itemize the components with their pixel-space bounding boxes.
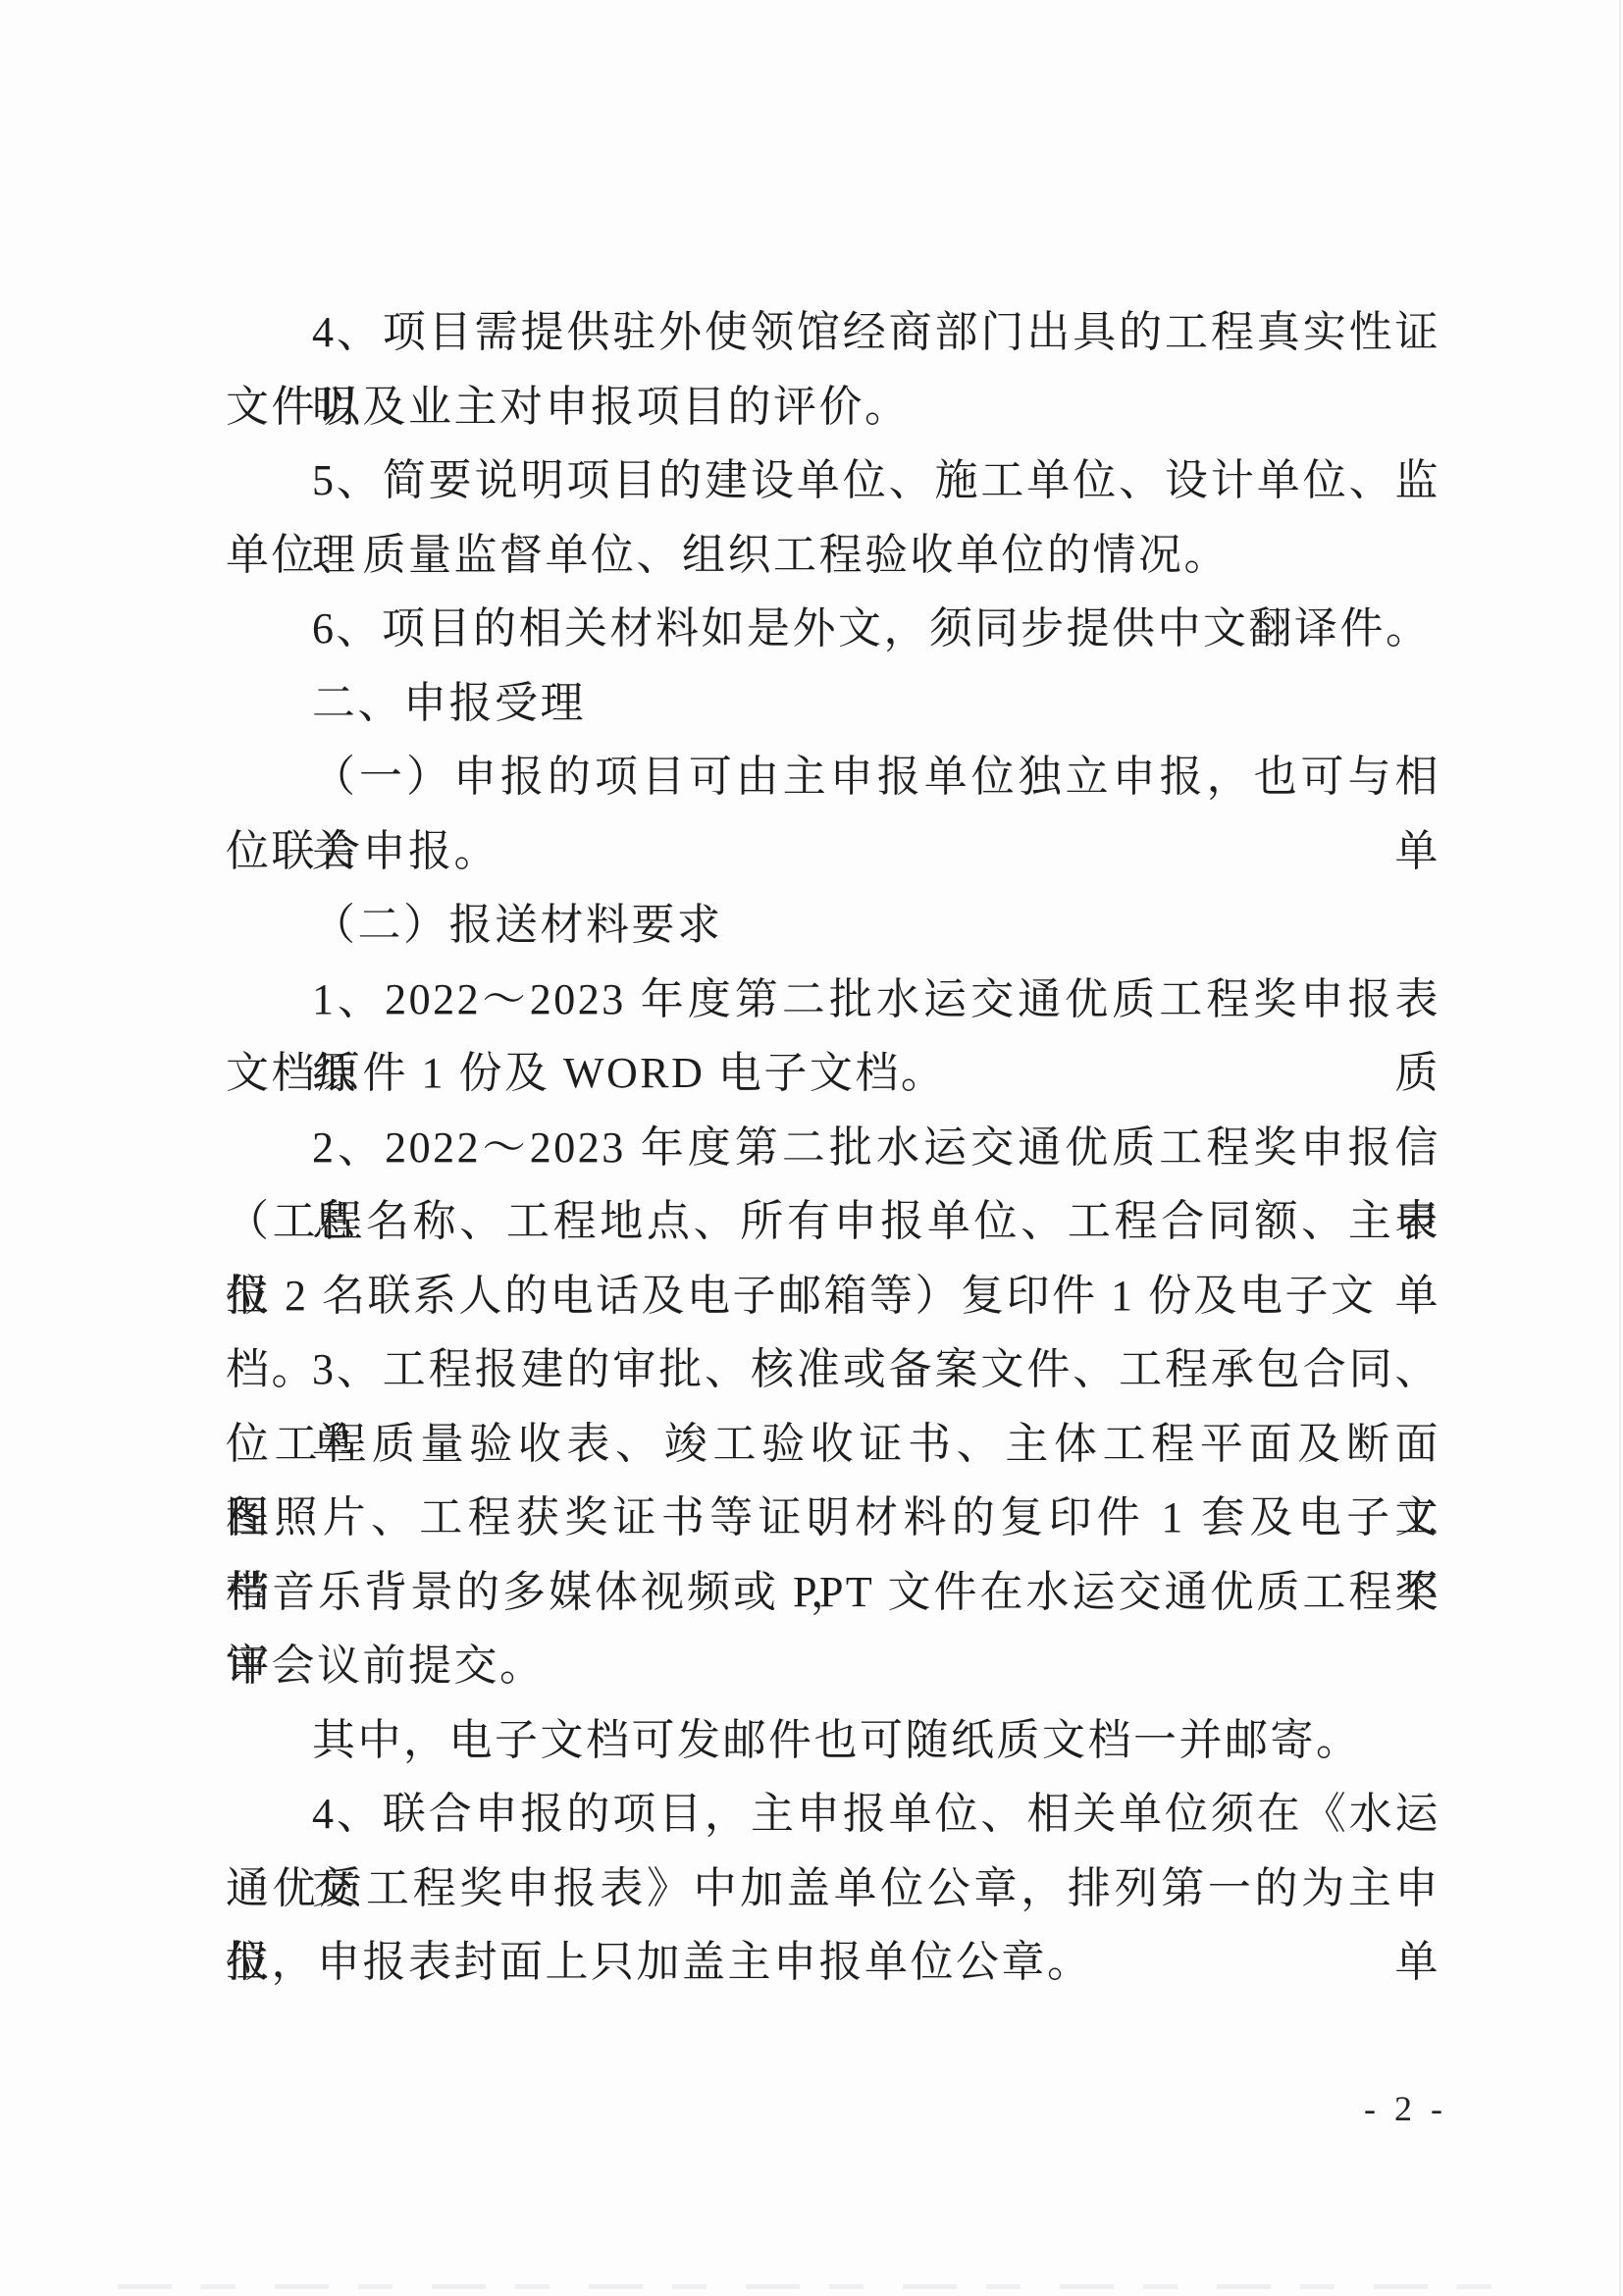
text-line: 4、项目需提供驻外使领馆经商部门出具的工程真实性证明 (226, 295, 1440, 370)
text-line: 文件以及业主对申报项目的评价。 (226, 370, 1440, 444)
text-line: 其中，电子文档可发邮件也可随纸质文档一并邮寄。 (226, 1703, 1440, 1778)
text-line: （工程名称、工程地点、所有申报单位、工程合同额、主申报单 (226, 1184, 1440, 1259)
text-line: 带音乐背景的多媒体视频或 PPT 文件在水运交通优质工程奖评 (226, 1555, 1440, 1630)
page-number: - 2 - (1364, 2088, 1447, 2129)
text-block: 4、项目需提供驻外使领馆经商部门出具的工程真实性证明文件以及业主对申报项目的评价… (226, 295, 1440, 2000)
text-line: （二）报送材料要求 (226, 888, 1440, 963)
text-line: 4、联合申报的项目，主申报单位、相关单位须在《水运交 (226, 1777, 1440, 1852)
scan-artifact-bottom (118, 2284, 1531, 2289)
scan-artifact-right-edge (1619, 0, 1621, 2296)
text-line: 3、工程报建的审批、核准或备案文件、工程承包合同、单 (226, 1332, 1440, 1407)
text-line: 单位、质量监督单位、组织工程验收单位的情况。 (226, 518, 1440, 593)
text-line: 二、申报受理 (226, 666, 1440, 741)
text-line: （一）申报的项目可由主申报单位独立申报，也可与相关单 (226, 740, 1440, 814)
text-line: 程照片、工程获奖证书等证明材料的复印件 1 套及电子文档，不 (226, 1481, 1440, 1555)
text-line: 2、2022～2023 年度第二批水运交通优质工程奖申报信息表 (226, 1111, 1440, 1185)
text-line: 位工程质量验收表、竣工验收证书、主体工程平面及断面图、工 (226, 1407, 1440, 1482)
text-line: 6、项目的相关材料如是外文，须同步提供中文翻译件。 (226, 592, 1440, 666)
text-line: 5、简要说明项目的建设单位、施工单位、设计单位、监理 (226, 444, 1440, 518)
text-line: 位 2 名联系人的电话及电子邮箱等）复印件 1 份及电子文档。 (226, 1259, 1440, 1333)
text-line: 审会议前提交。 (226, 1629, 1440, 1703)
document-page: 4、项目需提供驻外使领馆经商部门出具的工程真实性证明文件以及业主对申报项目的评价… (0, 0, 1623, 2296)
text-line: 1、2022～2023 年度第二批水运交通优质工程奖申报表纸质 (226, 963, 1440, 1037)
text-line: 通优质工程奖申报表》中加盖单位公章，排列第一的为主申报单 (226, 1852, 1440, 1926)
